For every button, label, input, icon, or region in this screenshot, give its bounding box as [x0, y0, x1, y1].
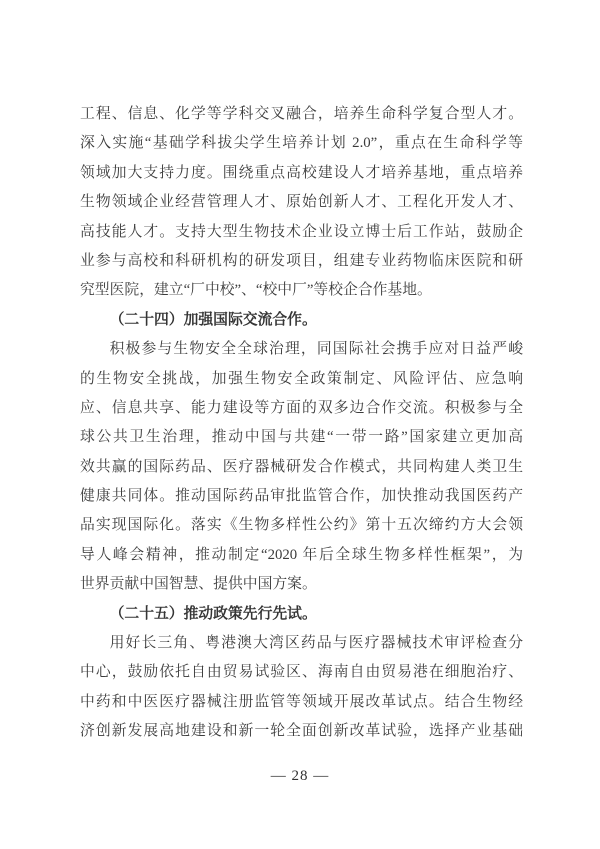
body-line: 球公共卫生治理，推动中国与共建“一带一路”国家建立更加高 — [80, 423, 523, 452]
section-heading-25: （二十五）推动政策先行先试。 — [80, 600, 523, 629]
body-line: 领域加大支持力度。围绕重点高校建设人才培养基地，重点培养 — [80, 159, 523, 188]
body-line: 中心，鼓励依托自由贸易试验区、海南自由贸易港在细胞治疗、 — [80, 658, 523, 687]
body-line: 健康共同体。推动国际药品审批监管合作，加快推动我国医药产 — [80, 482, 523, 511]
document-body: 工程、信息、化学等学科交叉融合，培养生命科学复合型人才。 深入实施“基础学科拔尖… — [80, 100, 523, 747]
body-line: 究型医院，建立“厂中校”、“校中厂”等校企合作基地。 — [80, 276, 523, 305]
body-line: 效共赢的国际药品、医疗器械研发合作模式，共同构建人类卫生 — [80, 453, 523, 482]
document-page: 工程、信息、化学等学科交叉融合，培养生命科学复合型人才。 深入实施“基础学科拔尖… — [0, 0, 600, 849]
body-line: 的生物安全挑战，加强生物安全政策制定、风险评估、应急响 — [80, 365, 523, 394]
body-line: 用好长三角、粤港澳大湾区药品与医疗器械技术审评检查分 — [80, 629, 523, 658]
body-line: 济创新发展高地建设和新一轮全面创新改革试验，选择产业基础 — [80, 717, 523, 746]
body-line: 深入实施“基础学科拔尖学生培养计划 2.0”，重点在生命科学等 — [80, 129, 523, 158]
body-line: 积极参与生物安全全球治理，同国际社会携手应对日益严峻 — [80, 335, 523, 364]
body-line: 导人峰会精神，推动制定“2020 年后全球生物多样性框架”，为 — [80, 541, 523, 570]
section-heading-24: （二十四）加强国际交流合作。 — [80, 306, 523, 335]
body-line: 生物领域企业经营管理人才、原始创新人才、工程化开发人才、 — [80, 188, 523, 217]
body-line: 业参与高校和科研机构的研发项目，组建专业药物临床医院和研 — [80, 247, 523, 276]
body-line: 中药和中医医疗器械注册监管等领域开展改革试点。结合生物经 — [80, 688, 523, 717]
body-line: 品实现国际化。落实《生物多样性公约》第十五次缔约方大会领 — [80, 511, 523, 540]
body-line: 应、信息共享、能力建设等方面的双多边合作交流。积极参与全 — [80, 394, 523, 423]
page-number: — 28 — — [0, 764, 600, 788]
body-line: 高技能人才。支持大型生物技术企业设立博士后工作站，鼓励企 — [80, 218, 523, 247]
body-line: 工程、信息、化学等学科交叉融合，培养生命科学复合型人才。 — [80, 100, 523, 129]
body-line: 世界贡献中国智慧、提供中国方案。 — [80, 570, 523, 599]
